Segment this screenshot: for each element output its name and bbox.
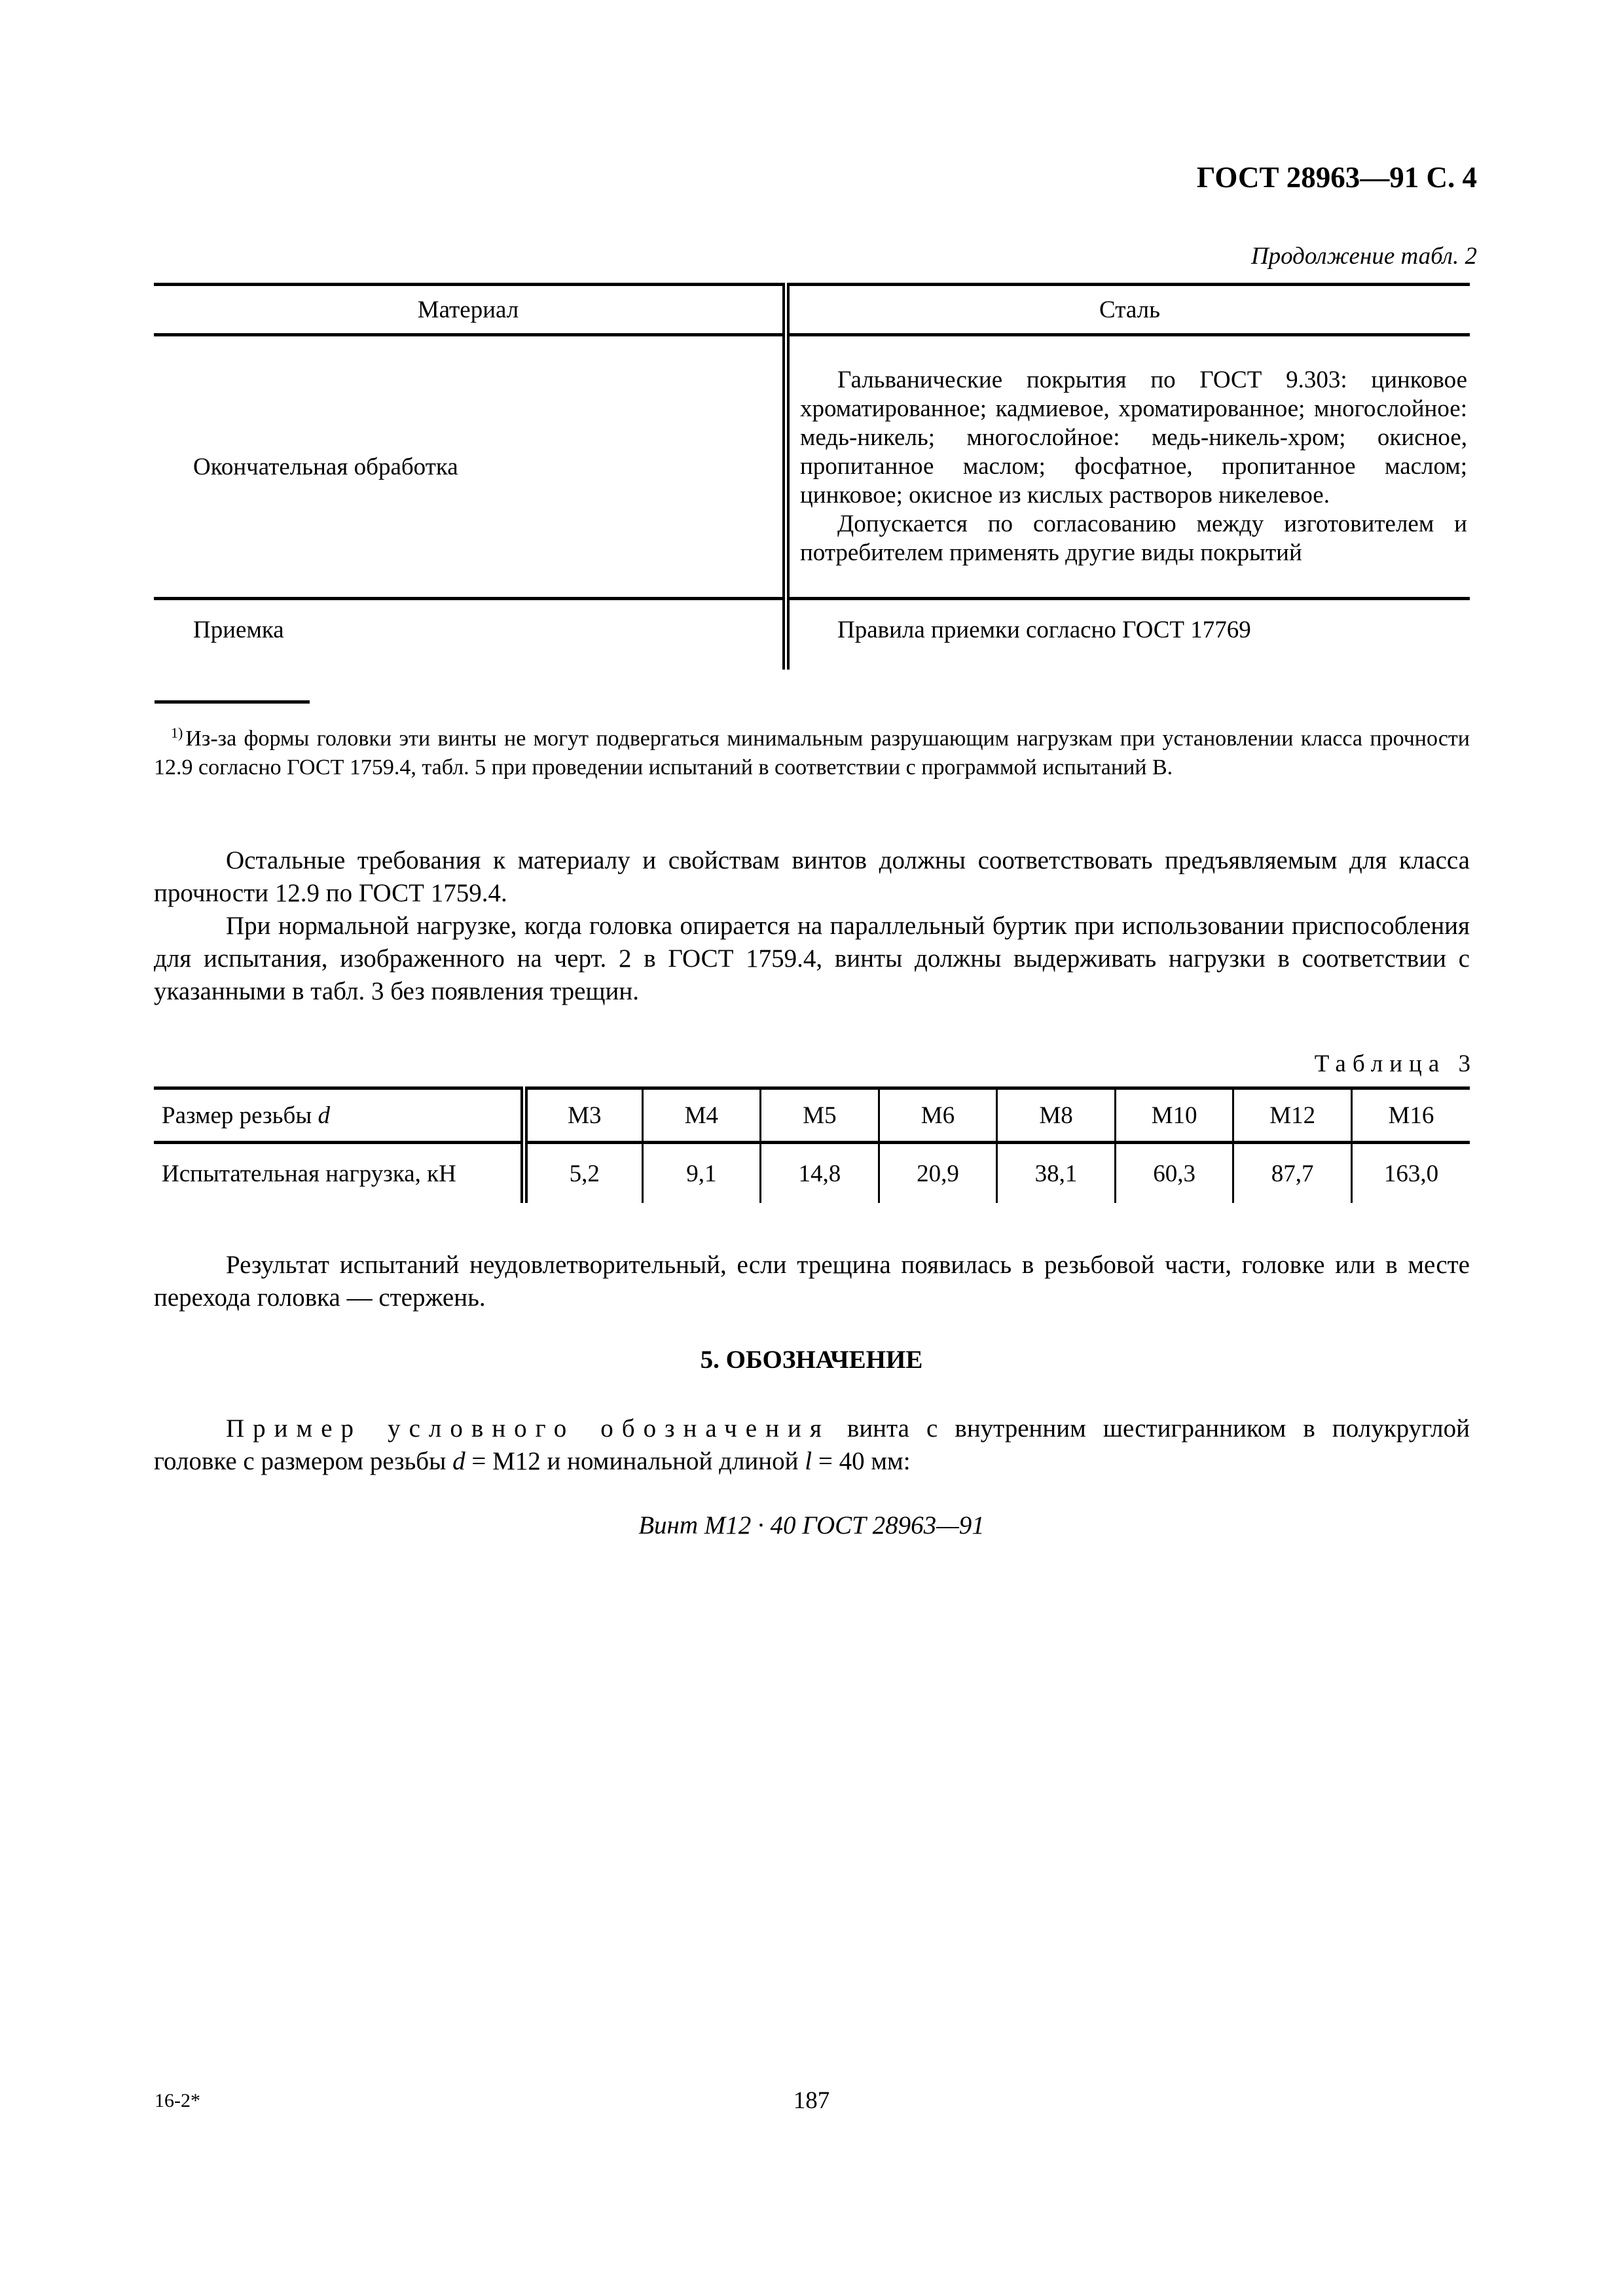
test-load-cell: 5,2 [524,1143,643,1204]
table-3: Размер резьбы d М3М4М5М6М8М10М12М16 Испы… [154,1086,1470,1203]
thread-size-cell: М3 [524,1088,643,1143]
thread-size-label: Размер резьбы [162,1102,318,1129]
acceptance-description: Правила приемки согласно ГОСТ 17769 [786,599,1470,670]
test-load-cell: 60,3 [1115,1143,1233,1204]
footnote: 1)Из-за формы головки эти винты не могут… [154,719,1470,782]
paragraph-designation-example: Пример условного обозначения винта с вну… [154,1412,1470,1478]
test-result-text: Результат испытаний неудовлетворительный… [154,1249,1470,1314]
column-header-material: Материал [154,285,786,335]
example-spaced-label: Пример условного обозначения [226,1414,830,1443]
thread-size-variable: d [318,1102,330,1129]
table-row: Размер резьбы d М3М4М5М6М8М10М12М16 [154,1088,1470,1143]
table-continuation-label: Продолжение табл. 2 [1251,242,1477,270]
designation-example-text: Пример условного обозначения винта с вну… [154,1412,1470,1478]
document-header-title: ГОСТ 28963—91 С. 4 [1197,160,1477,194]
table-2-continuation: Материал Сталь Окончательная обработка Г… [154,283,1470,670]
column-header-steel: Сталь [786,285,1470,335]
thread-size-cell: М5 [761,1088,879,1143]
coatings-agreement-paragraph: Допускается по согласованию между изгото… [800,510,1467,567]
thread-size-cell: М4 [642,1088,761,1143]
table-row: Окончательная обработка Гальванические п… [154,335,1470,599]
var-d: d [452,1447,465,1475]
designation-example: Винт М12 · 40 ГОСТ 28963—91 [0,1511,1623,1540]
row-label-finish: Окончательная обработка [154,335,786,599]
thread-size-cell: М6 [879,1088,997,1143]
row-label-test-load: Испытательная нагрузка, кН [154,1143,524,1204]
test-load-cell: 14,8 [761,1143,879,1204]
thread-size-cell: М8 [997,1088,1116,1143]
test-load-cell: 87,7 [1233,1143,1352,1204]
test-load-cell: 38,1 [997,1143,1116,1204]
row-label-acceptance: Приемка [154,599,786,670]
paragraph-material-requirements: Остальные требования к материалу и свойс… [154,844,1470,910]
thread-size-cell: М12 [1233,1088,1352,1143]
table-row: Приемка Правила приемки согласно ГОСТ 17… [154,599,1470,670]
page-number: 187 [0,2087,1623,2115]
example-text-3: = 40 мм: [812,1447,910,1475]
row-label-thread-size: Размер резьбы d [154,1088,524,1143]
section-title: 5. ОБОЗНАЧЕНИЕ [0,1345,1623,1374]
footnote-divider [155,700,310,704]
table-3-caption: Таблица 3 [1315,1050,1477,1078]
table-row: Испытательная нагрузка, кН 5,29,114,820,… [154,1143,1470,1204]
var-l: l [805,1447,812,1475]
paragraph-load-test: При нормальной нагрузке, когда головка о… [154,910,1470,1008]
test-load-cell: 9,1 [642,1143,761,1204]
footnote-marker: 1) [171,725,183,741]
thread-size-cell: М10 [1115,1088,1233,1143]
coatings-paragraph: Гальванические покрытия по ГОСТ 9.303: ц… [800,366,1467,510]
requirements-text: Остальные требования к материалу и свойс… [154,844,1470,1008]
test-load-cell: 163,0 [1351,1143,1470,1204]
test-load-cell: 20,9 [879,1143,997,1204]
finish-description: Гальванические покрытия по ГОСТ 9.303: ц… [786,335,1470,599]
example-text-2: = М12 и номинальной длиной [465,1447,805,1475]
paragraph-test-result: Результат испытаний неудовлетворительный… [154,1249,1470,1314]
thread-size-cell: М16 [1351,1088,1470,1143]
footnote-text: Из-за формы головки эти винты не могут п… [154,726,1470,780]
